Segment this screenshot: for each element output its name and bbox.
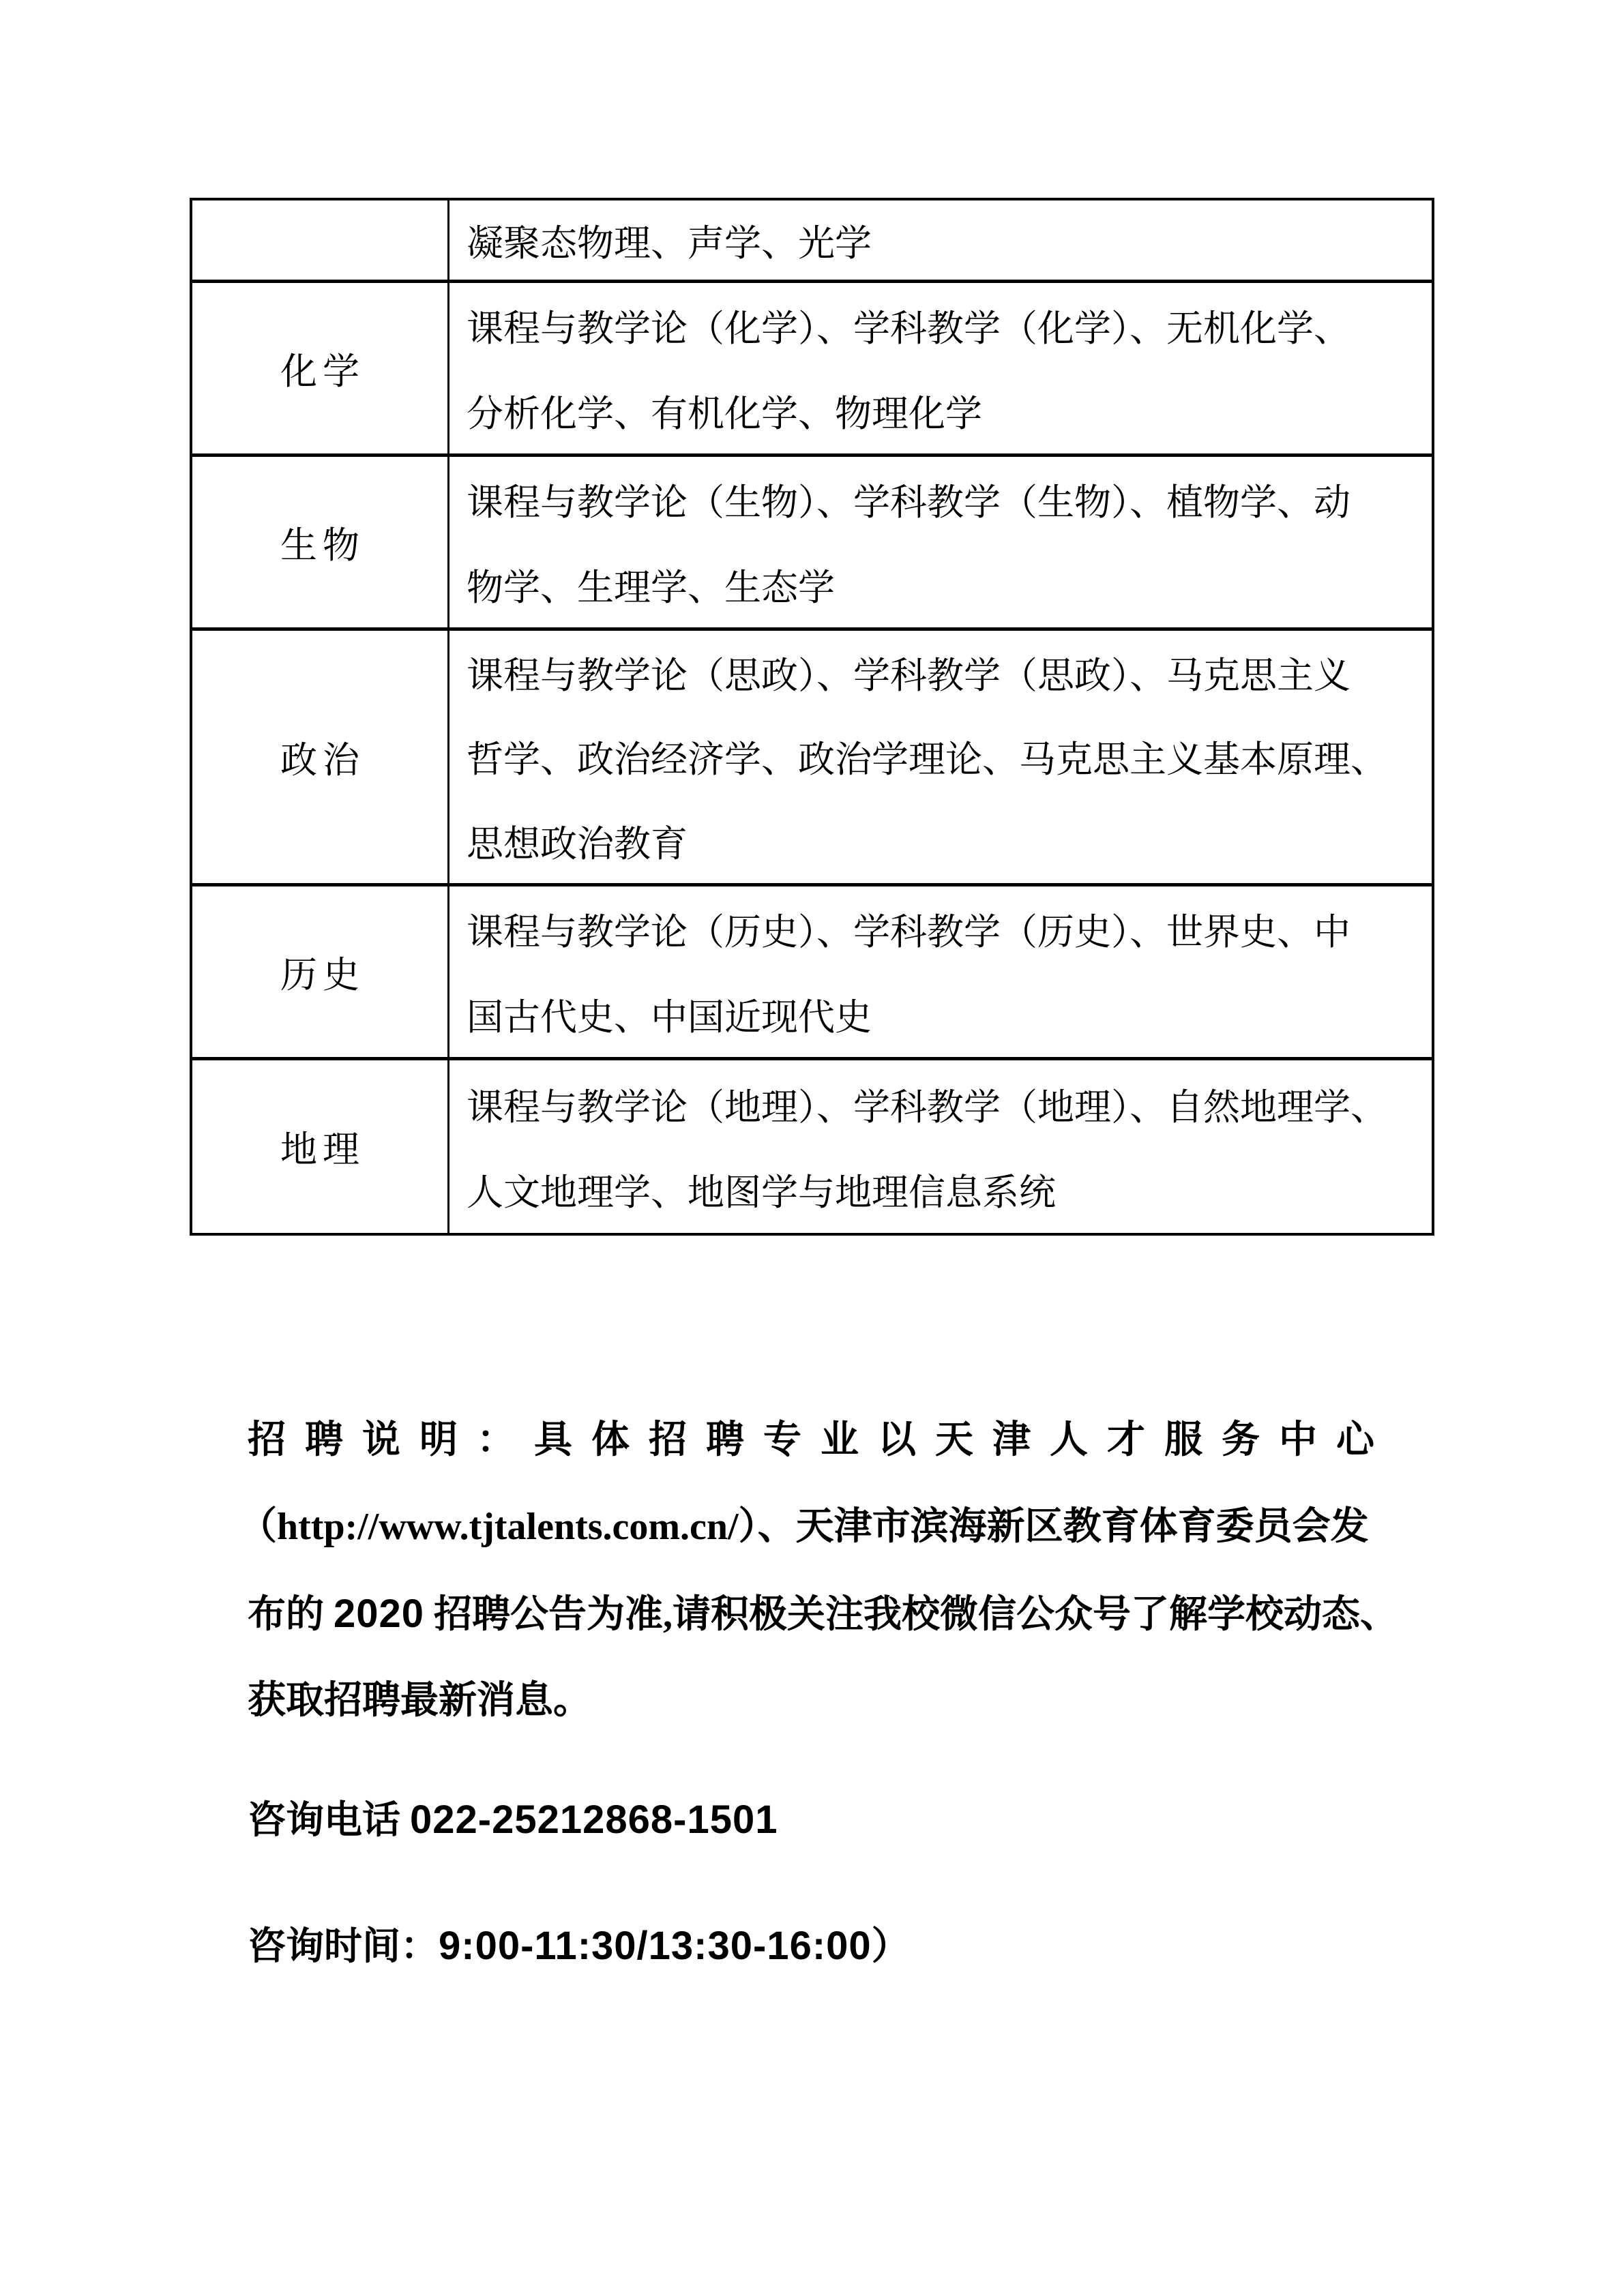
recruitment-note-line-2: （http://www.tjtalents.com.cn/）、天津市滨海新区教育… (239, 1506, 1369, 1547)
majors-cell-politics: 课程与教学论（思政）、学科教学（思政）、马克思主义 哲学、政治经济学、政治学理论… (449, 631, 1432, 886)
note-line3-suffix: 招聘公告为准,请积极关注我校微信公众号了解学校动态、 (434, 1594, 1398, 1636)
majors-cell-chemistry: 课程与教学论（化学）、学科教学（化学）、无机化学、 分析化学、有机化学、物理化学 (449, 283, 1432, 457)
subject-cell-history: 历史 (192, 886, 449, 1060)
subject-cell-politics: 政治 (192, 631, 449, 886)
time-label: 咨询时间： (248, 1926, 439, 1968)
phone-line: 咨询电话022-25212868-1501 (248, 1800, 778, 1841)
time-closing-paren: ） (872, 1926, 910, 1968)
majors-line: 哲学、政治经济学、政治学理论、马克思主义基本原理、 (467, 715, 1415, 799)
document-page: 凝聚态物理、声学、光学 化学 课程与教学论（化学）、学科教学（化学）、无机化学、… (0, 0, 1624, 2296)
recruitment-note-line-3: 布的2020招聘公告为准,请积极关注我校微信公众号了解学校动态、 (248, 1594, 1398, 1635)
majors-cell-physics-cont: 凝聚态物理、声学、光学 (449, 200, 1432, 283)
majors-line: 国古代史、中国近现代史 (467, 972, 1415, 1057)
time-line: 咨询时间：9:00-11:30/13:30-16:00） (248, 1926, 910, 1967)
subject-cell-geography: 地理 (192, 1060, 449, 1233)
subject-cell-physics-cont (192, 200, 449, 283)
recruitment-note-line-1: 招聘说明：具体招聘专业以天津人才服务中心 (248, 1420, 1393, 1461)
subject-cell-biology: 生物 (192, 457, 449, 631)
majors-line: 课程与教学论（地理）、学科教学（地理）、自然地理学、 (467, 1062, 1415, 1147)
majors-line: 课程与教学论（思政）、学科教学（思政）、马克思主义 (467, 631, 1415, 715)
majors-line: 凝聚态物理、声学、光学 (467, 200, 1415, 280)
majors-cell-geography: 课程与教学论（地理）、学科教学（地理）、自然地理学、 人文地理学、地图学与地理信… (449, 1060, 1432, 1233)
majors-cell-history: 课程与教学论（历史）、学科教学（历史）、世界史、中 国古代史、中国近现代史 (449, 886, 1432, 1060)
year-2020: 2020 (334, 1592, 424, 1636)
majors-line: 课程与教学论（历史）、学科教学（历史）、世界史、中 (467, 886, 1415, 972)
majors-line: 人文地理学、地图学与地理信息系统 (467, 1147, 1415, 1232)
note-line3-prefix: 布的 (248, 1594, 324, 1636)
phone-number: 022-25212868-1501 (410, 1798, 778, 1842)
recruitment-note-line-4: 获取招聘最新消息。 (248, 1680, 591, 1721)
majors-table: 凝聚态物理、声学、光学 化学 课程与教学论（化学）、学科教学（化学）、无机化学、… (190, 198, 1434, 1236)
majors-cell-biology: 课程与教学论（生物）、学科教学（生物）、植物学、动 物学、生理学、生态学 (449, 457, 1432, 631)
phone-label: 咨询电话 (248, 1800, 400, 1842)
majors-line: 课程与教学论（化学）、学科教学（化学）、无机化学、 (467, 283, 1415, 368)
consult-time-value: 9:00-11:30/13:30-16:00 (439, 1924, 872, 1968)
majors-line: 分析化学、有机化学、物理化学 (467, 368, 1415, 453)
majors-line: 思想政治教育 (467, 799, 1415, 883)
subject-cell-chemistry: 化学 (192, 283, 449, 457)
majors-line: 物学、生理学、生态学 (467, 542, 1415, 627)
majors-line: 课程与教学论（生物）、学科教学（生物）、植物学、动 (467, 457, 1415, 542)
